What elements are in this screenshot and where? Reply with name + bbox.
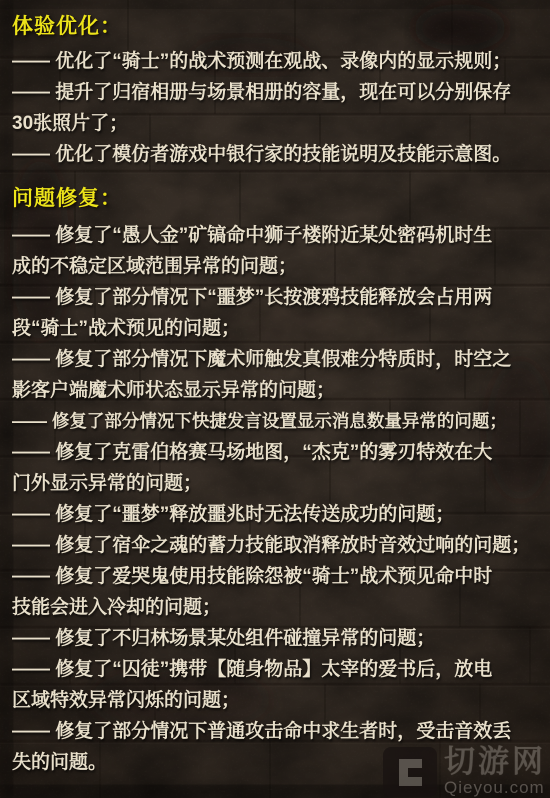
section-bug-fixes: 问题修复： —— 修复了“愚人金”矿镐命中狮子楼附近某处密码机时生 成的不稳定区… bbox=[12, 184, 538, 778]
watermark: 切游网 Qieyou.com bbox=[382, 746, 546, 798]
watermark-site-name: 切游网 bbox=[444, 746, 546, 778]
watermark-text: 切游网 Qieyou.com bbox=[444, 746, 546, 797]
patch-note-item: —— 修复了部分情况下快捷发言设置显示消息数量异常的问题； bbox=[12, 406, 538, 437]
patch-note-item: —— 修复了“囚徒”携带【随身物品】太宰的爱书后，放电 区域特效异常闪烁的问题； bbox=[12, 654, 538, 716]
patch-notes-page: 体验优化： —— 优化了“骑士”的战术预测在观战、录像内的显示规则； —— 提升… bbox=[0, 0, 550, 798]
watermark-site-url: Qieyou.com bbox=[444, 778, 545, 797]
section-title-experience: 体验优化： bbox=[12, 12, 538, 42]
patch-note-item: —— 修复了爱哭鬼使用技能除怨被“骑士”战术预见命中时 技能会进入冷却的问题； bbox=[12, 561, 538, 623]
patch-note-item: —— 修复了部分情况下魔术师触发真假难分特质时，时空之 影客户端魔术师状态显示异… bbox=[12, 344, 538, 406]
patch-note-item: —— 修复了宿伞之魂的蓄力技能取消释放时音效过响的问题； bbox=[12, 530, 538, 561]
qieyou-logo-icon bbox=[382, 746, 438, 798]
patch-note-item: —— 优化了模仿者游戏中银行家的技能说明及技能示意图。 bbox=[12, 139, 538, 170]
patch-notes-content: 体验优化： —— 优化了“骑士”的战术预测在观战、录像内的显示规则； —— 提升… bbox=[0, 0, 550, 778]
patch-note-item: —— 优化了“骑士”的战术预测在观战、录像内的显示规则； bbox=[12, 46, 538, 77]
patch-note-item: —— 修复了克雷伯格赛马场地图，“杰克”的雾刃特效在大 门外显示异常的问题； bbox=[12, 437, 538, 499]
patch-note-item: —— 提升了归宿相册与场景相册的容量，现在可以分别保存 30张照片了； bbox=[12, 77, 538, 139]
patch-note-item: —— 修复了“愚人金”矿镐命中狮子楼附近某处密码机时生 成的不稳定区域范围异常的… bbox=[12, 220, 538, 282]
section-experience-optimization: 体验优化： —— 优化了“骑士”的战术预测在观战、录像内的显示规则； —— 提升… bbox=[12, 12, 538, 170]
patch-note-item: —— 修复了不归林场景某处组件碰撞异常的问题； bbox=[12, 623, 538, 654]
section-title-bugfix: 问题修复： bbox=[12, 184, 538, 214]
patch-note-item: —— 修复了部分情况下“噩梦”长按渡鸦技能释放会占用两 段“骑士”战术预见的问题… bbox=[12, 282, 538, 344]
patch-note-item: —— 修复了“噩梦”释放噩兆时无法传送成功的问题； bbox=[12, 499, 538, 530]
